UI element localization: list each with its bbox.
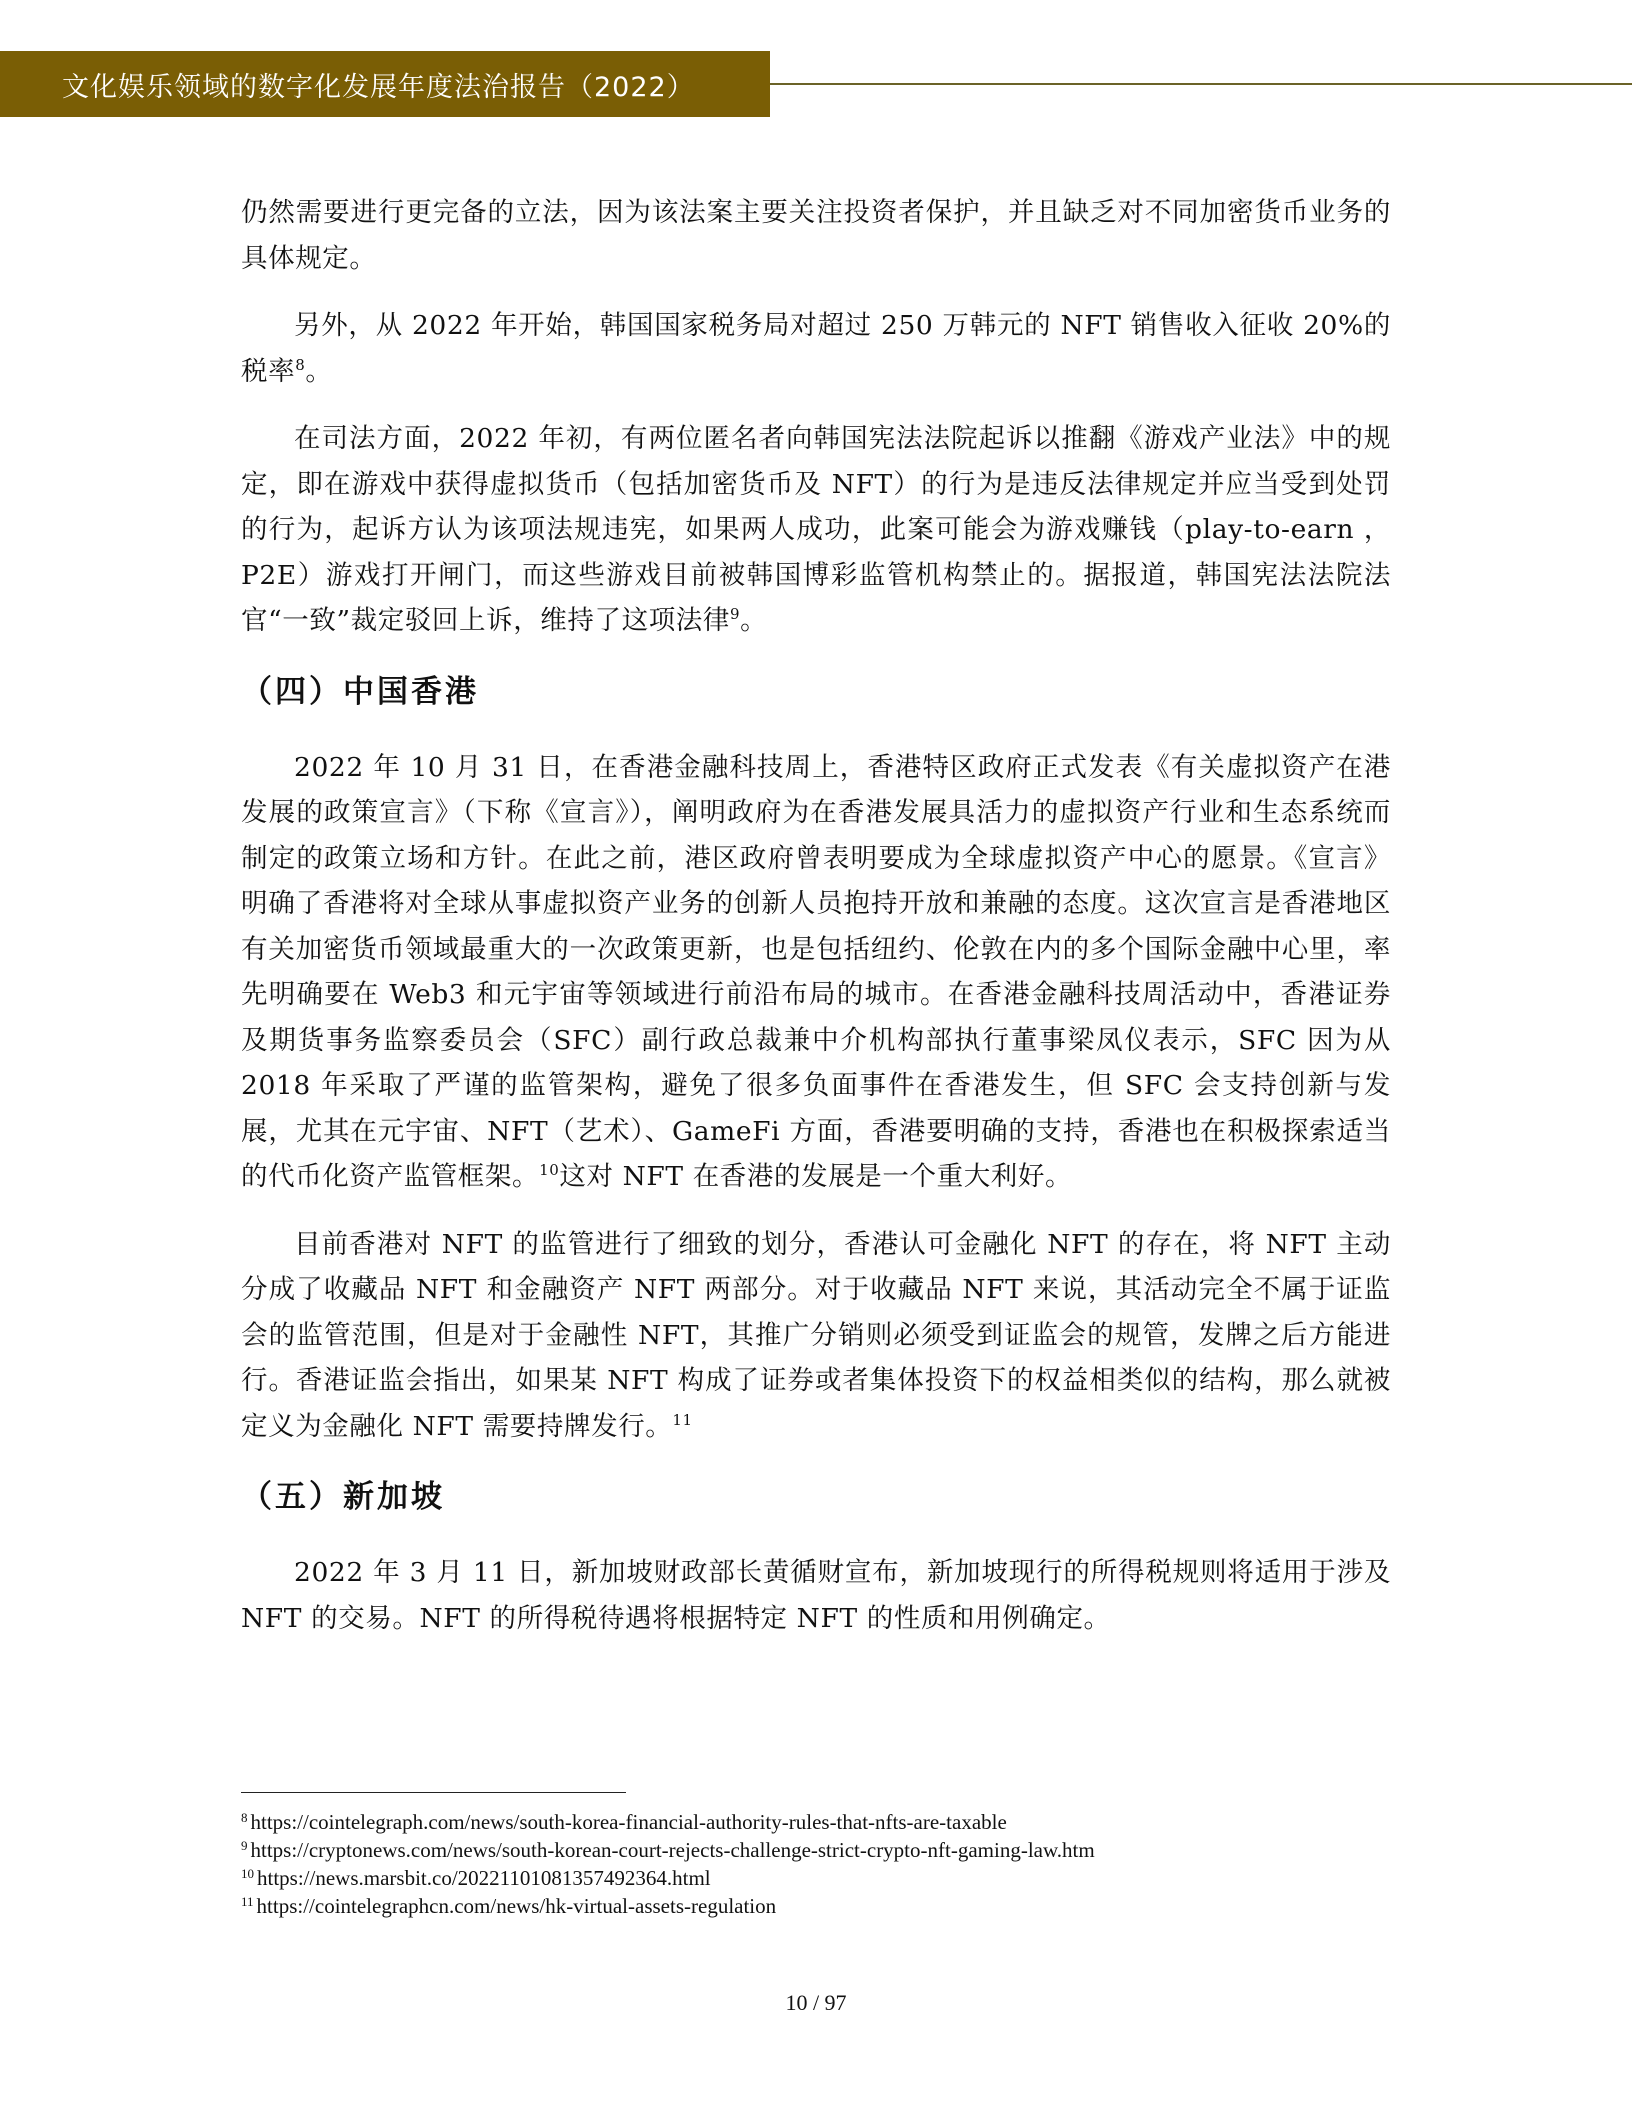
footnote-ref-8[interactable]: 8 xyxy=(295,356,305,374)
paragraph-text: 另外，从 2022 年开始，韩国国家税务局对超过 250 万韩元的 NFT 销售… xyxy=(241,310,1391,387)
section-heading-singapore: （五）新加坡 xyxy=(241,1471,1391,1516)
footnote-number: 10 xyxy=(241,1866,254,1881)
footnote-ref-9[interactable]: 9 xyxy=(730,605,740,623)
header-band: 文化娱乐领域的数字化发展年度法治报告（2022） xyxy=(0,51,770,117)
footnote-link[interactable]: https://cointelegraphcn.com/news/hk-virt… xyxy=(257,1894,777,1918)
paragraph-text-tail: 这对 NFT 在香港的发展是一个重大利好。 xyxy=(559,1161,1072,1192)
paragraph-text: 2022 年 3 月 11 日，新加坡财政部长黄循财宣布，新加坡现行的所得税规则… xyxy=(241,1557,1391,1634)
paragraph-korea-judicial: 在司法方面，2022 年初，有两位匿名者向韩国宪法法院起诉以推翻《游戏产业法》中… xyxy=(241,416,1391,644)
paragraph-text: 2022 年 10 月 31 日，在香港金融科技周上，香港特区政府正式发表《有关… xyxy=(241,752,1391,1193)
paragraph-korea-tax: 另外，从 2022 年开始，韩国国家税务局对超过 250 万韩元的 NFT 销售… xyxy=(241,303,1391,394)
footnote-11: 11https://cointelegraphcn.com/news/hk-vi… xyxy=(241,1892,1391,1920)
paragraph-sg-tax: 2022 年 3 月 11 日，新加坡财政部长黄循财宣布，新加坡现行的所得税规则… xyxy=(241,1550,1391,1641)
footnote-number: 9 xyxy=(241,1838,248,1853)
paragraph-text: 目前香港对 NFT 的监管进行了细致的划分，香港认可金融化 NFT 的存在，将 … xyxy=(241,1229,1391,1442)
footnote-8: 8https://cointelegraph.com/news/south-ko… xyxy=(241,1808,1391,1836)
paragraph-hk-declaration: 2022 年 10 月 31 日，在香港金融科技周上，香港特区政府正式发表《有关… xyxy=(241,745,1391,1200)
paragraph-text-tail: 。 xyxy=(305,356,332,387)
footnote-number: 8 xyxy=(241,1810,248,1825)
footnote-number: 11 xyxy=(241,1894,254,1909)
footnote-ref-10[interactable]: 10 xyxy=(539,1161,559,1179)
footnote-9: 9https://cryptonews.com/news/south-korea… xyxy=(241,1836,1391,1864)
footnote-link[interactable]: https://news.marsbit.co/2022110108135749… xyxy=(257,1866,711,1890)
footnotes: 8https://cointelegraph.com/news/south-ko… xyxy=(241,1808,1391,1920)
paragraph-text: 在司法方面，2022 年初，有两位匿名者向韩国宪法法院起诉以推翻《游戏产业法》中… xyxy=(241,423,1391,636)
paragraph-text-tail: 。 xyxy=(740,605,767,636)
footnote-divider xyxy=(241,1792,626,1793)
footnote-ref-11[interactable]: 11 xyxy=(672,1411,692,1429)
header-rule xyxy=(770,83,1632,85)
paragraph-korea-legislation: 仍然需要进行更完备的立法，因为该法案主要关注投资者保护，并且缺乏对不同加密货币业… xyxy=(241,190,1391,281)
page-content: 仍然需要进行更完备的立法，因为该法案主要关注投资者保护，并且缺乏对不同加密货币业… xyxy=(241,190,1391,1663)
footnote-link[interactable]: https://cointelegraph.com/news/south-kor… xyxy=(251,1810,1007,1834)
footnote-link[interactable]: https://cryptonews.com/news/south-korean… xyxy=(251,1838,1095,1862)
footnote-10: 10https://news.marsbit.co/20221101081357… xyxy=(241,1864,1391,1892)
section-heading-hong-kong: （四）中国香港 xyxy=(241,666,1391,711)
paragraph-text: 仍然需要进行更完备的立法，因为该法案主要关注投资者保护，并且缺乏对不同加密货币业… xyxy=(241,197,1391,274)
page-number: 10 / 97 xyxy=(0,1990,1632,2016)
paragraph-hk-regulation: 目前香港对 NFT 的监管进行了细致的划分，香港认可金融化 NFT 的存在，将 … xyxy=(241,1222,1391,1450)
report-title: 文化娱乐领域的数字化发展年度法治报告（2022） xyxy=(0,65,695,104)
